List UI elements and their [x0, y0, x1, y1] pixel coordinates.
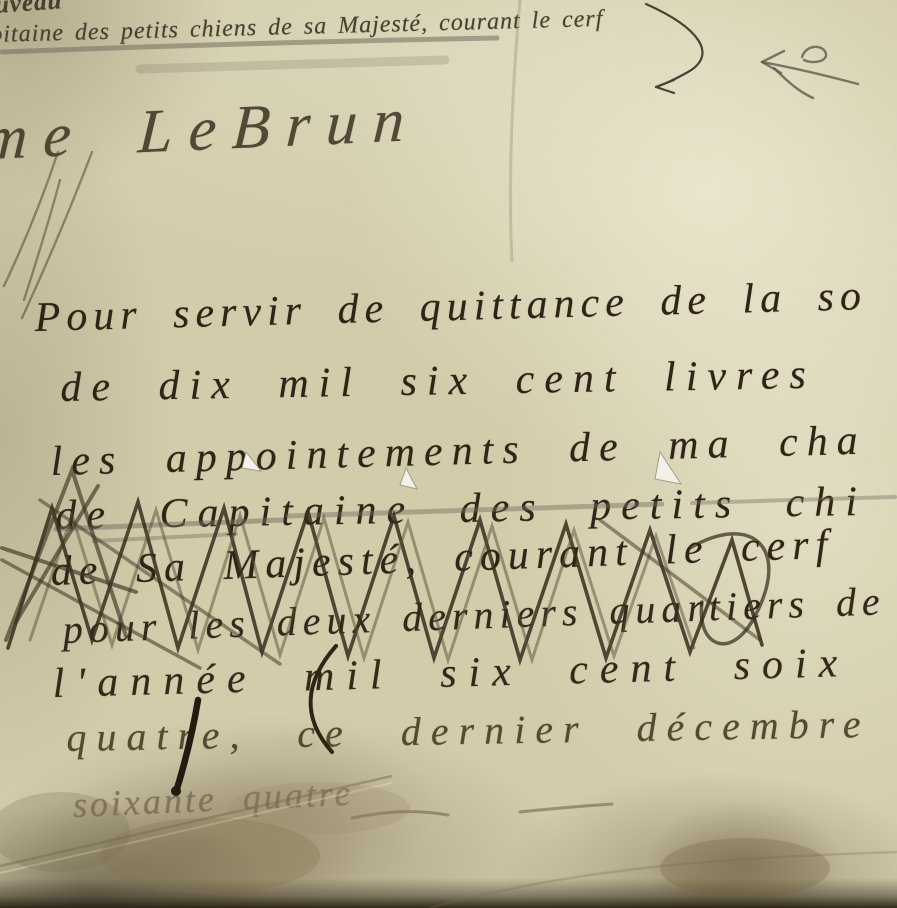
manuscript-photo: uveau pitaine des petits chiens de sa Ma… — [0, 0, 897, 908]
